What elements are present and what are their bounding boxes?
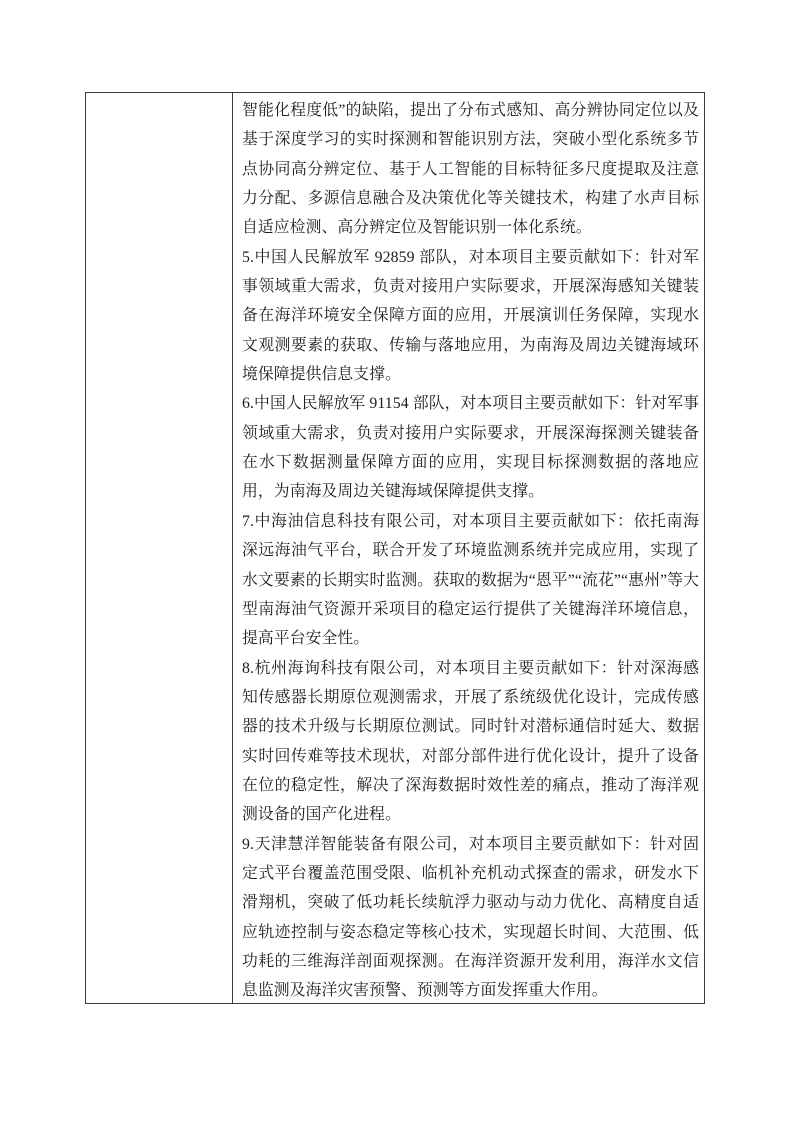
paragraph-continuation: 智能化程度低”的缺陷，提出了分布式感知、高分辨协同定位以及基于深度学习的实时探测… xyxy=(242,96,699,243)
paragraph-cnooc-info-tech: 7.中海油信息科技有限公司，对本项目主要贡献如下：依托南海深远海油气平台，联合开… xyxy=(242,507,699,654)
table-left-cell-empty xyxy=(86,93,233,1003)
paragraph-unit-92859: 5.中国人民解放军 92859 部队，对本项目主要贡献如下：针对军事领域重大需求… xyxy=(242,243,699,390)
contribution-table: 智能化程度低”的缺陷，提出了分布式感知、高分辨协同定位以及基于深度学习的实时探测… xyxy=(85,92,705,1004)
paragraph-tianjin-huiyang: 9.天津慧洋智能装备有限公司，对本项目主要贡献如下：针对固定式平台覆盖范围受限、… xyxy=(242,830,699,1003)
paragraph-unit-91154: 6.中国人民解放军 91154 部队，对本项目主要贡献如下：针对军事领域重大需求… xyxy=(242,389,699,506)
table-right-cell: 智能化程度低”的缺陷，提出了分布式感知、高分辨协同定位以及基于深度学习的实时探测… xyxy=(233,93,704,1003)
paragraph-hangzhou-haixun: 8.杭州海询科技有限公司，对本项目主要贡献如下：针对深海感知传感器长期原位观测需… xyxy=(242,654,699,830)
document-page: 智能化程度低”的缺陷，提出了分布式感知、高分辨协同定位以及基于深度学习的实时探测… xyxy=(0,0,794,1123)
